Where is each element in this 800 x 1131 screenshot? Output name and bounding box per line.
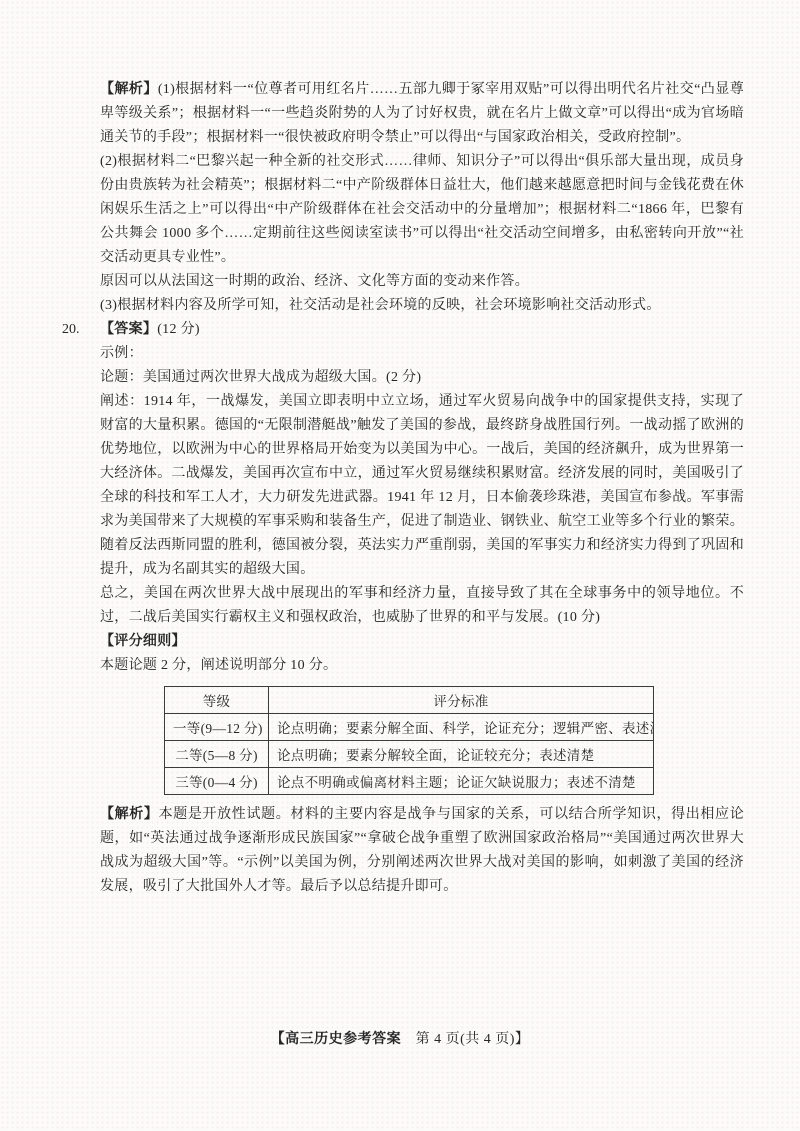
rubric-row-tier2: 二等(5—8 分) 论点明确；要素分解较全面，论证较充分；表述清楚: [165, 741, 654, 768]
q20-analysis: 【解析】本题是开放性试题。材料的主要内容是战争与国家的关系，可以结合所学知识，得…: [100, 803, 744, 899]
footer-title: 【高三历史参考答案: [271, 1032, 402, 1047]
q20-rubric-note: 本题论题 2 分，阐述说明部分 10 分。: [100, 654, 744, 678]
tier2-grade: 二等(5—8 分): [165, 741, 269, 768]
answer-content: 【解析】(1)根据材料一“位尊者可用红名片……五部九卿于冢宰用双贴”可以得出明代…: [100, 78, 744, 899]
q20-rubric-heading: 【评分细则】: [100, 630, 744, 654]
footer-page-number: 第 4 页(共 4 页)】: [401, 1032, 529, 1047]
q19-analysis-part2: (2)根据材料二“巴黎兴起一种全新的社交形式……律师、知识分子”可以得出“俱乐部…: [100, 150, 744, 270]
q19-analysis-part3: (3)根据材料内容及所学可知，社交活动是社会环境的反映，社会环境影响社交活动形式…: [100, 294, 744, 318]
q19-analysis-part1: 【解析】(1)根据材料一“位尊者可用红名片……五部九卿于冢宰用双贴”可以得出明代…: [100, 78, 744, 150]
q20-analysis-label: 【解析】: [100, 807, 159, 822]
tier1-grade: 一等(9—12 分): [165, 714, 269, 741]
rubric-header-row: 等级 评分标准: [165, 687, 654, 714]
scoring-rubric-table: 等级 评分标准 一等(9—12 分) 论点明确；要素分解全面、科学，论证充分；逻…: [164, 686, 654, 795]
q20-rubric-label: 【评分细则】: [100, 634, 186, 649]
tier2-criteria: 论点明确；要素分解较全面，论证较充分；表述清楚: [269, 741, 654, 768]
rubric-header-criteria: 评分标准: [269, 687, 654, 714]
rubric-row-tier3: 三等(0—4 分) 论点不明确或偏离材料主题；论证欠缺说服力；表述不清楚: [165, 768, 654, 795]
q20-conclusion: 总之，美国在两次世界大战中展现出的军事和经济力量，直接导致了其在全球事务中的领导…: [100, 582, 744, 630]
tier1-criteria: 论点明确；要素分解全面、科学，论证充分；逻辑严密、表述清楚: [269, 714, 654, 741]
q20-number: 20.: [62, 318, 80, 342]
rubric-header-grade: 等级: [165, 687, 269, 714]
q20-answer-label: 【答案】: [100, 322, 157, 337]
q20-analysis-text: 本题是开放性试题。材料的主要内容是战争与国家的关系，可以结合所学知识，得出相应论…: [100, 807, 744, 894]
exam-answer-page: 【解析】(1)根据材料一“位尊者可用红名片……五部九卿于冢宰用双贴”可以得出明代…: [0, 0, 800, 1131]
q20-example-intro: 示例：: [100, 342, 744, 366]
q19-analysis-text1: (1)根据材料一“位尊者可用红名片……五部九卿于冢宰用双贴”可以得出明代名片社交…: [100, 82, 744, 145]
rubric-row-tier1: 一等(9—12 分) 论点明确；要素分解全面、科学，论证充分；逻辑严密、表述清楚: [165, 714, 654, 741]
page-footer: 【高三历史参考答案 第 4 页(共 4 页)】: [0, 1028, 800, 1048]
q20-thesis: 论题：美国通过两次世界大战成为超级大国。(2 分): [100, 366, 744, 390]
q20-points: (12 分): [157, 322, 200, 337]
q19-analysis-label: 【解析】: [100, 82, 158, 97]
q20-answer-heading: 20.【答案】(12 分): [100, 318, 744, 342]
tier3-criteria: 论点不明确或偏离材料主题；论证欠缺说服力；表述不清楚: [269, 768, 654, 795]
q19-analysis-reason: 原因可以从法国这一时期的政治、经济、文化等方面的变动来作答。: [100, 270, 744, 294]
tier3-grade: 三等(0—4 分): [165, 768, 269, 795]
q20-elaboration: 阐述：1914 年，一战爆发，美国立即表明中立立场，通过军火贸易向战争中的国家提…: [100, 390, 744, 582]
